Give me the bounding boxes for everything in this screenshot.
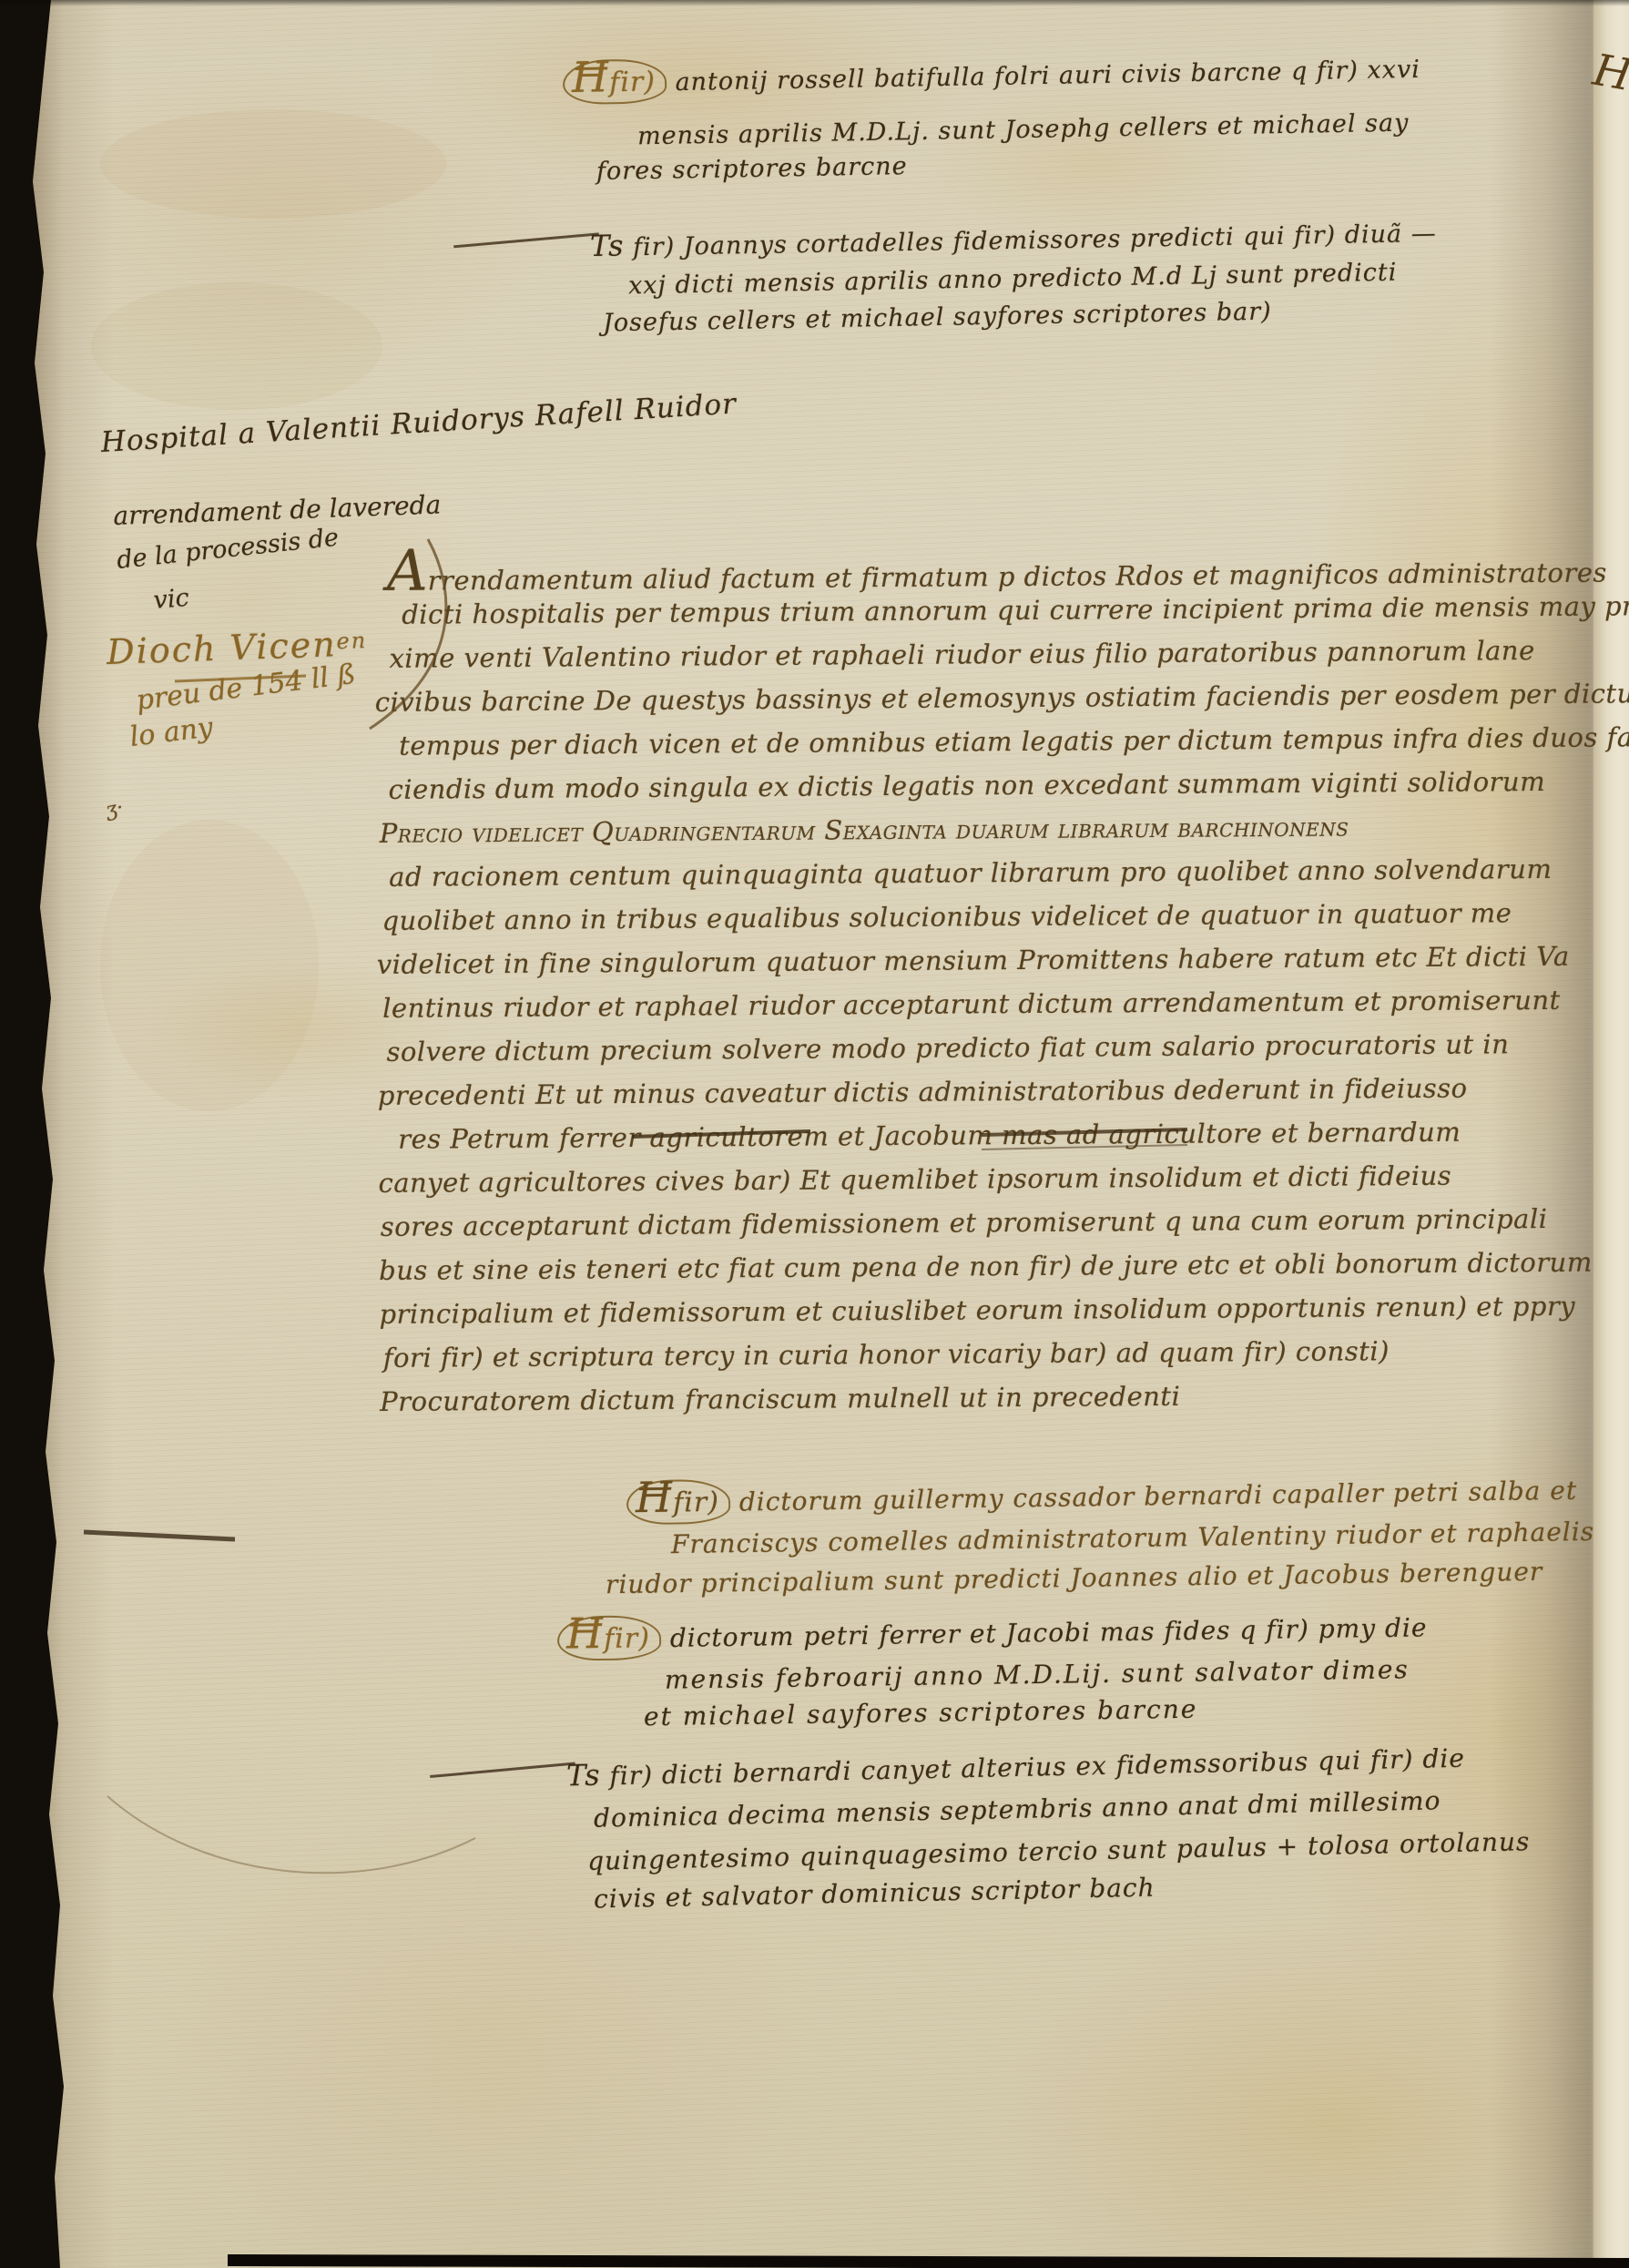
firma-ts-sign: Ts [566,1758,601,1793]
firma-block-1-text-1: dictorum guillermy cassador bernardi cap… [739,1476,1578,1517]
firma-block-2-text-1: dictorum petri ferrer et Jacobi mas fide… [670,1612,1428,1653]
entry-line: Procuratorem dictum franciscum mulnell u… [380,1371,1629,1424]
notarial-ts-sign: Ts [590,228,625,263]
main-entry-paragraph: Arrendamentum aliud factum et firmatum p… [374,540,1629,1424]
firma-paraph-sign: Ħfir) [626,1479,731,1526]
notarial-block-1-text-1: antonij rossell batifulla folri auri civ… [675,56,1420,97]
manuscript-scan: H Ħfir) antonij rossell batifulla folri … [0,0,1629,2268]
notarial-paraph-sign: Ħfir) [563,58,667,105]
firma-paraph-sign-2: Ħfir) [557,1615,662,1661]
notarial-block-1-line-3: fores scriptores barcne [596,152,908,186]
page-top-shadow [0,0,1629,6]
diocese-superscript: en [336,628,368,654]
margin-note-processis-line-2: vic [152,584,190,615]
